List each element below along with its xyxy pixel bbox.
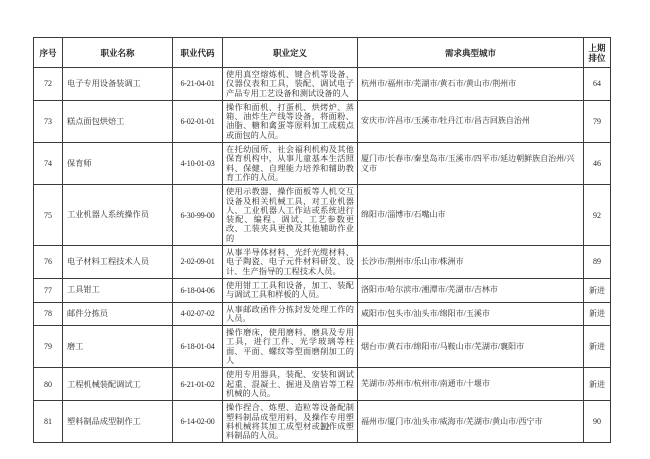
cell-job-definition: 操作和面机、打蛋机、烘烤炉、蒸箱、油炸生产线等设备，将面粉、油脂、糖和禽蛋等原料… xyxy=(223,100,358,142)
cell-prev-rank: 90 xyxy=(584,401,611,443)
header-job-name: 职业名称 xyxy=(63,38,173,68)
cell-seq: 75 xyxy=(34,185,63,246)
table-row: 79 磨工 6-18-01-04 操作磨床，使用磨料、磨具及专用工具，进行工件、… xyxy=(34,326,611,368)
cell-job-code: 2-02-09-01 xyxy=(173,246,223,279)
cell-prev-rank: 新进 xyxy=(584,302,611,326)
cell-job-code: 4-10-01-03 xyxy=(173,143,223,185)
table-row: 78 邮件分拣员 4-02-07-02 从事邮政函件分拣封发处理工作的人员。 咸… xyxy=(34,302,611,326)
cell-job-definition: 在托幼园所、社会福利机构及其他保育机构中，从事儿童基本生活照料、保健、自理能力培… xyxy=(223,143,358,185)
cell-demand-cities: 福州市/厦门市/汕头市/威海市/芜湖市/黄山市/西宁市 xyxy=(358,401,584,443)
cell-job-name: 磨工 xyxy=(63,326,173,368)
cell-demand-cities: 洛阳市/哈尔滨市/湘潭市/芜湖市/吉林市 xyxy=(358,278,584,302)
header-job-definition: 职业定义 xyxy=(223,38,358,68)
cell-job-definition: 使用真空熔炼机、键合机等设备、仪器仪表和工具，装配、调试电子产品专用工艺设备和测… xyxy=(223,68,358,101)
cell-job-definition: 从事半导体材料、光纤光缆材料、电子陶瓷、电子元件材料研发、设计、生产指导的工程技… xyxy=(223,246,358,279)
cell-seq: 74 xyxy=(34,143,63,185)
cell-job-definition: 操作捏合、炼塑、造粒等设备配制塑料制品成型用料，及操作专用塑料机械将其加工成型材… xyxy=(223,401,358,443)
cell-seq: 73 xyxy=(34,100,63,142)
cell-job-code: 6-18-04-06 xyxy=(173,278,223,302)
cell-seq: 76 xyxy=(34,246,63,279)
cell-demand-cities: 绵阳市/淄博市/石嘴山市 xyxy=(358,185,584,246)
cell-job-name: 电子材料工程技术人员 xyxy=(63,246,173,279)
table-row: 80 工程机械装配调试工 6-21-01-02 使用专用器具，装配、安装和调试起… xyxy=(34,368,611,401)
header-seq: 序号 xyxy=(34,38,63,68)
cell-seq: 72 xyxy=(34,68,63,101)
cell-job-name: 工程机械装配调试工 xyxy=(63,368,173,401)
header-demand-cities: 需求典型城市 xyxy=(358,38,584,68)
header-job-code: 职业代码 xyxy=(173,38,223,68)
cell-job-definition: 操作磨床，使用磨料、磨具及专用工具，进行工件、光学玻璃等柱面、平面、螺纹等型面磨… xyxy=(223,326,358,368)
cell-job-name: 塑料制品成型制作工 xyxy=(63,401,173,443)
cell-seq: 80 xyxy=(34,368,63,401)
cell-job-code: 6-21-01-02 xyxy=(173,368,223,401)
cell-job-code: 6-30-99-00 xyxy=(173,185,223,246)
cell-job-name: 工具钳工 xyxy=(63,278,173,302)
cell-prev-rank: 新进 xyxy=(584,326,611,368)
table-row: 77 工具钳工 6-18-04-06 使用钳工工具和设备，加工、装配与调试工具和… xyxy=(34,278,611,302)
cell-prev-rank: 92 xyxy=(584,185,611,246)
cell-demand-cities: 芜湖市/苏州市/杭州市/南通市/十堰市 xyxy=(358,368,584,401)
cell-seq: 78 xyxy=(34,302,63,326)
cell-job-code: 4-02-07-02 xyxy=(173,302,223,326)
cell-demand-cities: 厦门市/长春市/秦皇岛市/玉溪市/四平市/延边朝鲜族自治州/兴义市 xyxy=(358,143,584,185)
table-row: 75 工业机器人系统操作员 6-30-99-00 使用示教器、操作面板等人机交互… xyxy=(34,185,611,246)
cell-prev-rank: 89 xyxy=(584,246,611,279)
cell-prev-rank: 79 xyxy=(584,100,611,142)
cell-job-name: 工业机器人系统操作员 xyxy=(63,185,173,246)
cell-job-definition: 使用示教器、操作面板等人机交互设备及相关机械工具，对工业机器人、工业机器人工作站… xyxy=(223,185,358,246)
header-row: 序号 职业名称 职业代码 职业定义 需求典型城市 上期排位 xyxy=(34,38,611,68)
jobs-table: 序号 职业名称 职业代码 职业定义 需求典型城市 上期排位 72 电子专用设备装… xyxy=(33,37,611,443)
cell-demand-cities: 安庆市/许昌市/玉溪市/牡丹江市/昌吉回族自治州 xyxy=(358,100,584,142)
table-row: 72 电子专用设备装调工 6-21-04-01 使用真空熔炼机、键合机等设备、仪… xyxy=(34,68,611,101)
cell-job-code: 6-18-01-04 xyxy=(173,326,223,368)
table-row: 74 保育师 4-10-01-03 在托幼园所、社会福利机构及其他保育机构中，从… xyxy=(34,143,611,185)
cell-job-name: 电子专用设备装调工 xyxy=(63,68,173,101)
header-prev-rank: 上期排位 xyxy=(584,38,611,68)
cell-job-definition: 使用钳工工具和设备，加工、装配与调试工具和样板的人员。 xyxy=(223,278,358,302)
cell-prev-rank: 新进 xyxy=(584,278,611,302)
cell-job-code: 6-21-04-01 xyxy=(173,68,223,101)
cell-job-name: 糕点面包烘焙工 xyxy=(63,100,173,142)
cell-demand-cities: 长沙市/荆州市/乐山市/株洲市 xyxy=(358,246,584,279)
cell-job-code: 6-14-02-00 xyxy=(173,401,223,443)
cell-job-code: 6-02-01-01 xyxy=(173,100,223,142)
cell-prev-rank: 46 xyxy=(584,143,611,185)
cell-demand-cities: 咸阳市/包头市/汕头市/绵阳市/玉溪市 xyxy=(358,302,584,326)
cell-job-name: 邮件分拣员 xyxy=(63,302,173,326)
cell-prev-rank: 64 xyxy=(584,68,611,101)
cell-seq: 81 xyxy=(34,401,63,443)
table-row: 76 电子材料工程技术人员 2-02-09-01 从事半导体材料、光纤光缆材料、… xyxy=(34,246,611,279)
table-row: 81 塑料制品成型制作工 6-14-02-00 操作捏合、炼塑、造粒等设备配制塑… xyxy=(34,401,611,443)
page-number: 22 xyxy=(0,423,650,433)
cell-seq: 77 xyxy=(34,278,63,302)
cell-demand-cities: 杭州市/福州市/芜湖市/黄石市/黄山市/荆州市 xyxy=(358,68,584,101)
cell-job-definition: 从事邮政函件分拣封发处理工作的人员。 xyxy=(223,302,358,326)
cell-prev-rank: 新进 xyxy=(584,368,611,401)
cell-demand-cities: 烟台市/黄石市/绵阳市/马鞍山市/芜湖市/襄阳市 xyxy=(358,326,584,368)
cell-job-definition: 使用专用器具，装配、安装和调试起重、混凝土、掘进及凿岩等工程机械的人员。 xyxy=(223,368,358,401)
cell-seq: 79 xyxy=(34,326,63,368)
cell-job-name: 保育师 xyxy=(63,143,173,185)
table-row: 73 糕点面包烘焙工 6-02-01-01 操作和面机、打蛋机、烘烤炉、蒸箱、油… xyxy=(34,100,611,142)
